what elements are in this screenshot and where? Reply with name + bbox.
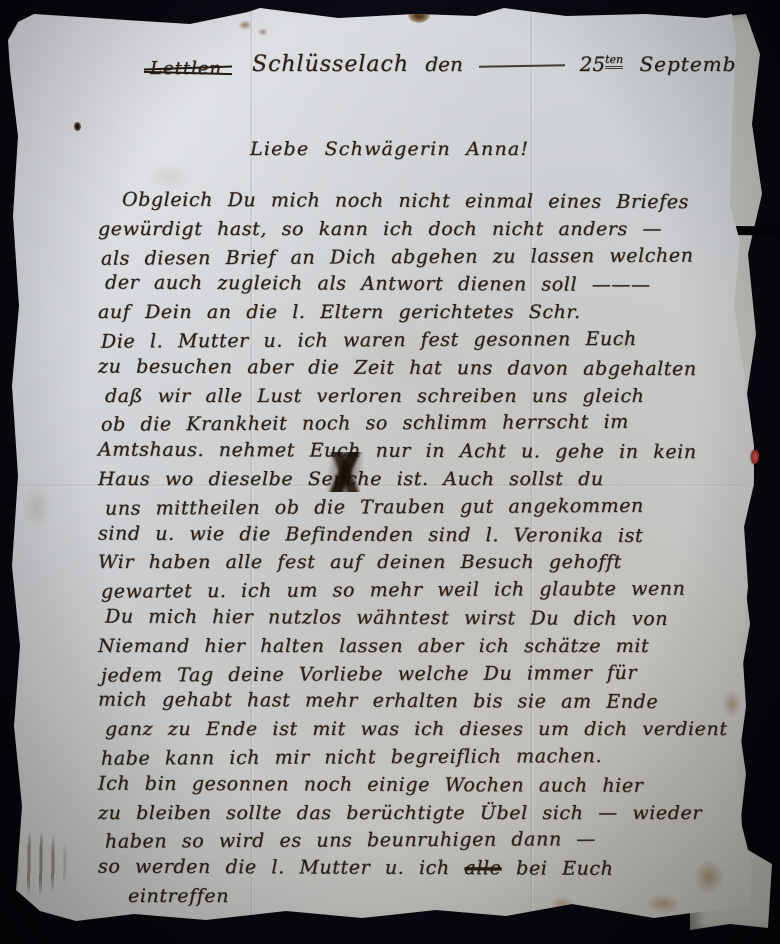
pen-stroke <box>479 64 565 68</box>
handwritten-line: der auch zugleich als Antwort dienen sol… <box>105 270 748 301</box>
handwritten-line: Die l. Mutter u. ich waren fest gesonnen… <box>101 325 748 356</box>
handwritten-line: eintreffen <box>128 883 748 911</box>
letter-dateline: Schlüsselach den 25ten September 1861. <box>252 52 738 77</box>
line-text: zu bleiben sollte das berüchtigte Übel s… <box>98 802 702 824</box>
line-text: Obgleich Du mich noch nicht einmal eines… <box>122 189 689 213</box>
handwritten-line: jedem Tag deine Vorliebe welche Du immer… <box>101 659 748 690</box>
stain <box>22 484 52 530</box>
line-text: mich gehabt hast mehr erhalten bis sie a… <box>98 689 658 713</box>
struck-word: alle <box>464 857 501 879</box>
handwritten-line: auf Dein an die l. Eltern gerichtetes Sc… <box>98 299 748 327</box>
photographed-letter: ∫ ∫ ∫ Lettlen Schlüsselach den 25ten Sep… <box>0 0 780 944</box>
stain <box>238 20 252 30</box>
line-text: eintreffen <box>128 885 229 907</box>
line-text: so werden die l. Mutter u. ich <box>98 856 465 880</box>
handwritten-line: zu besuchen aber die Zeit hat uns davon … <box>98 353 748 384</box>
handwritten-line: Haus wo dieselbe Seuche ist. Auch sollst… <box>98 466 748 494</box>
place-name: Schlüsselach <box>252 52 409 77</box>
handwritten-line: haben so wird es uns beunruhigen dann — <box>105 826 748 857</box>
salutation: Liebe Schwägerin Anna! <box>250 138 529 160</box>
line-text: Du mich hier nutzlos wähntest wirst Du d… <box>105 606 668 630</box>
dateline-den: den <box>425 52 463 76</box>
line-text: Wir haben alle fest auf deinen Besuch ge… <box>98 551 622 573</box>
dateline-day: 25 <box>580 52 605 76</box>
handwritten-line: Du mich hier nutzlos wähntest wirst Du d… <box>105 604 748 635</box>
handwritten-line: Niemand hier halten lassen aber ich schä… <box>98 633 748 661</box>
handwritten-line: als diesen Brief an Dich abgehen zu lass… <box>101 242 748 273</box>
line-text: Die l. Mutter u. ich waren fest gesonnen… <box>101 328 637 353</box>
handwritten-line: so werden die l. Mutter u. ich alle bei … <box>98 854 748 885</box>
stain <box>258 28 268 36</box>
line-text: sind u. wie die Befindenden sind l. Vero… <box>98 522 643 546</box>
handwritten-line: zu bleiben sollte das berüchtigte Übel s… <box>98 800 748 828</box>
line-text: ob die Krankheit noch so schlimm herrsch… <box>101 411 629 436</box>
handwritten-line: Ich bin gesonnen noch einige Wochen auch… <box>98 770 748 801</box>
stain <box>408 8 430 23</box>
line-text: Haus wo dieselbe <box>98 468 308 490</box>
line-text: zu besuchen aber die Zeit hat uns davon … <box>98 355 697 380</box>
line-text: Ich bin gesonnen noch einige Wochen auch… <box>98 772 643 796</box>
letter-body: Obgleich Du mich noch nicht einmal eines… <box>98 188 748 911</box>
line-text: Amtshaus. nehmet Euch nur in Acht u. geh… <box>98 439 697 464</box>
line-text: bei Euch <box>502 857 614 879</box>
ink-dot <box>74 122 81 131</box>
struck-place-name: Lettlen <box>150 58 222 79</box>
blot-word: Seuche <box>308 468 382 490</box>
handwritten-line: Obgleich Du mich noch nicht einmal eines… <box>98 187 748 218</box>
line-text: ist. Auch sollst du <box>382 468 604 490</box>
handwritten-line: uns mittheilen ob die Trauben gut angeko… <box>105 492 748 523</box>
handwritten-line: daß wir alle Lust verloren schreiben uns… <box>105 383 748 411</box>
edge-tally-smudge <box>11 829 73 897</box>
handwritten-line: ob die Krankheit noch so schlimm herrsch… <box>101 409 748 440</box>
line-text: auf Dein an die l. Eltern gerichtetes Sc… <box>98 301 581 323</box>
line-text: gewürdigt hast, so kann ich doch nicht a… <box>98 218 662 240</box>
line-text: jedem Tag deine Vorliebe welche Du immer… <box>101 661 637 686</box>
line-text: habe kann ich mir nicht begreiflich mach… <box>101 745 602 770</box>
dateline-day-suffix: ten <box>605 53 623 69</box>
line-text: der auch zugleich als Antwort dienen sol… <box>105 272 651 296</box>
handwritten-line: sind u. wie die Befindenden sind l. Vero… <box>98 520 748 551</box>
line-text: haben so wird es uns beunruhigen dann — <box>105 828 596 853</box>
line-text: daß wir alle Lust verloren schreiben uns… <box>105 385 645 407</box>
letter-page: Lettlen Schlüsselach den 25ten September… <box>6 6 754 928</box>
handwritten-line: gewartet u. ich um so mehr weil ich glau… <box>101 575 748 606</box>
handwritten-line: ganz zu Ende ist mit was ich dieses um d… <box>105 716 748 744</box>
line-text: uns mittheilen ob die Trauben gut angeko… <box>105 495 644 520</box>
stain <box>700 8 718 18</box>
handwritten-line: gewürdigt hast, so kann ich doch nicht a… <box>98 216 748 244</box>
handwritten-line: mich gehabt hast mehr erhalten bis sie a… <box>98 687 748 718</box>
handwritten-line: habe kann ich mir nicht begreiflich mach… <box>101 742 748 773</box>
wax-mark <box>751 450 759 464</box>
handwritten-line: Amtshaus. nehmet Euch nur in Acht u. geh… <box>98 437 748 468</box>
line-text: als diesen Brief an Dich abgehen zu lass… <box>101 244 694 269</box>
handwritten-line: Wir haben alle fest auf deinen Besuch ge… <box>98 549 748 577</box>
line-text: gewartet u. ich um so mehr weil ich glau… <box>101 578 686 603</box>
line-text: ganz zu Ende ist mit was ich dieses um d… <box>105 718 728 740</box>
line-text: Niemand hier halten lassen aber ich schä… <box>98 635 649 657</box>
